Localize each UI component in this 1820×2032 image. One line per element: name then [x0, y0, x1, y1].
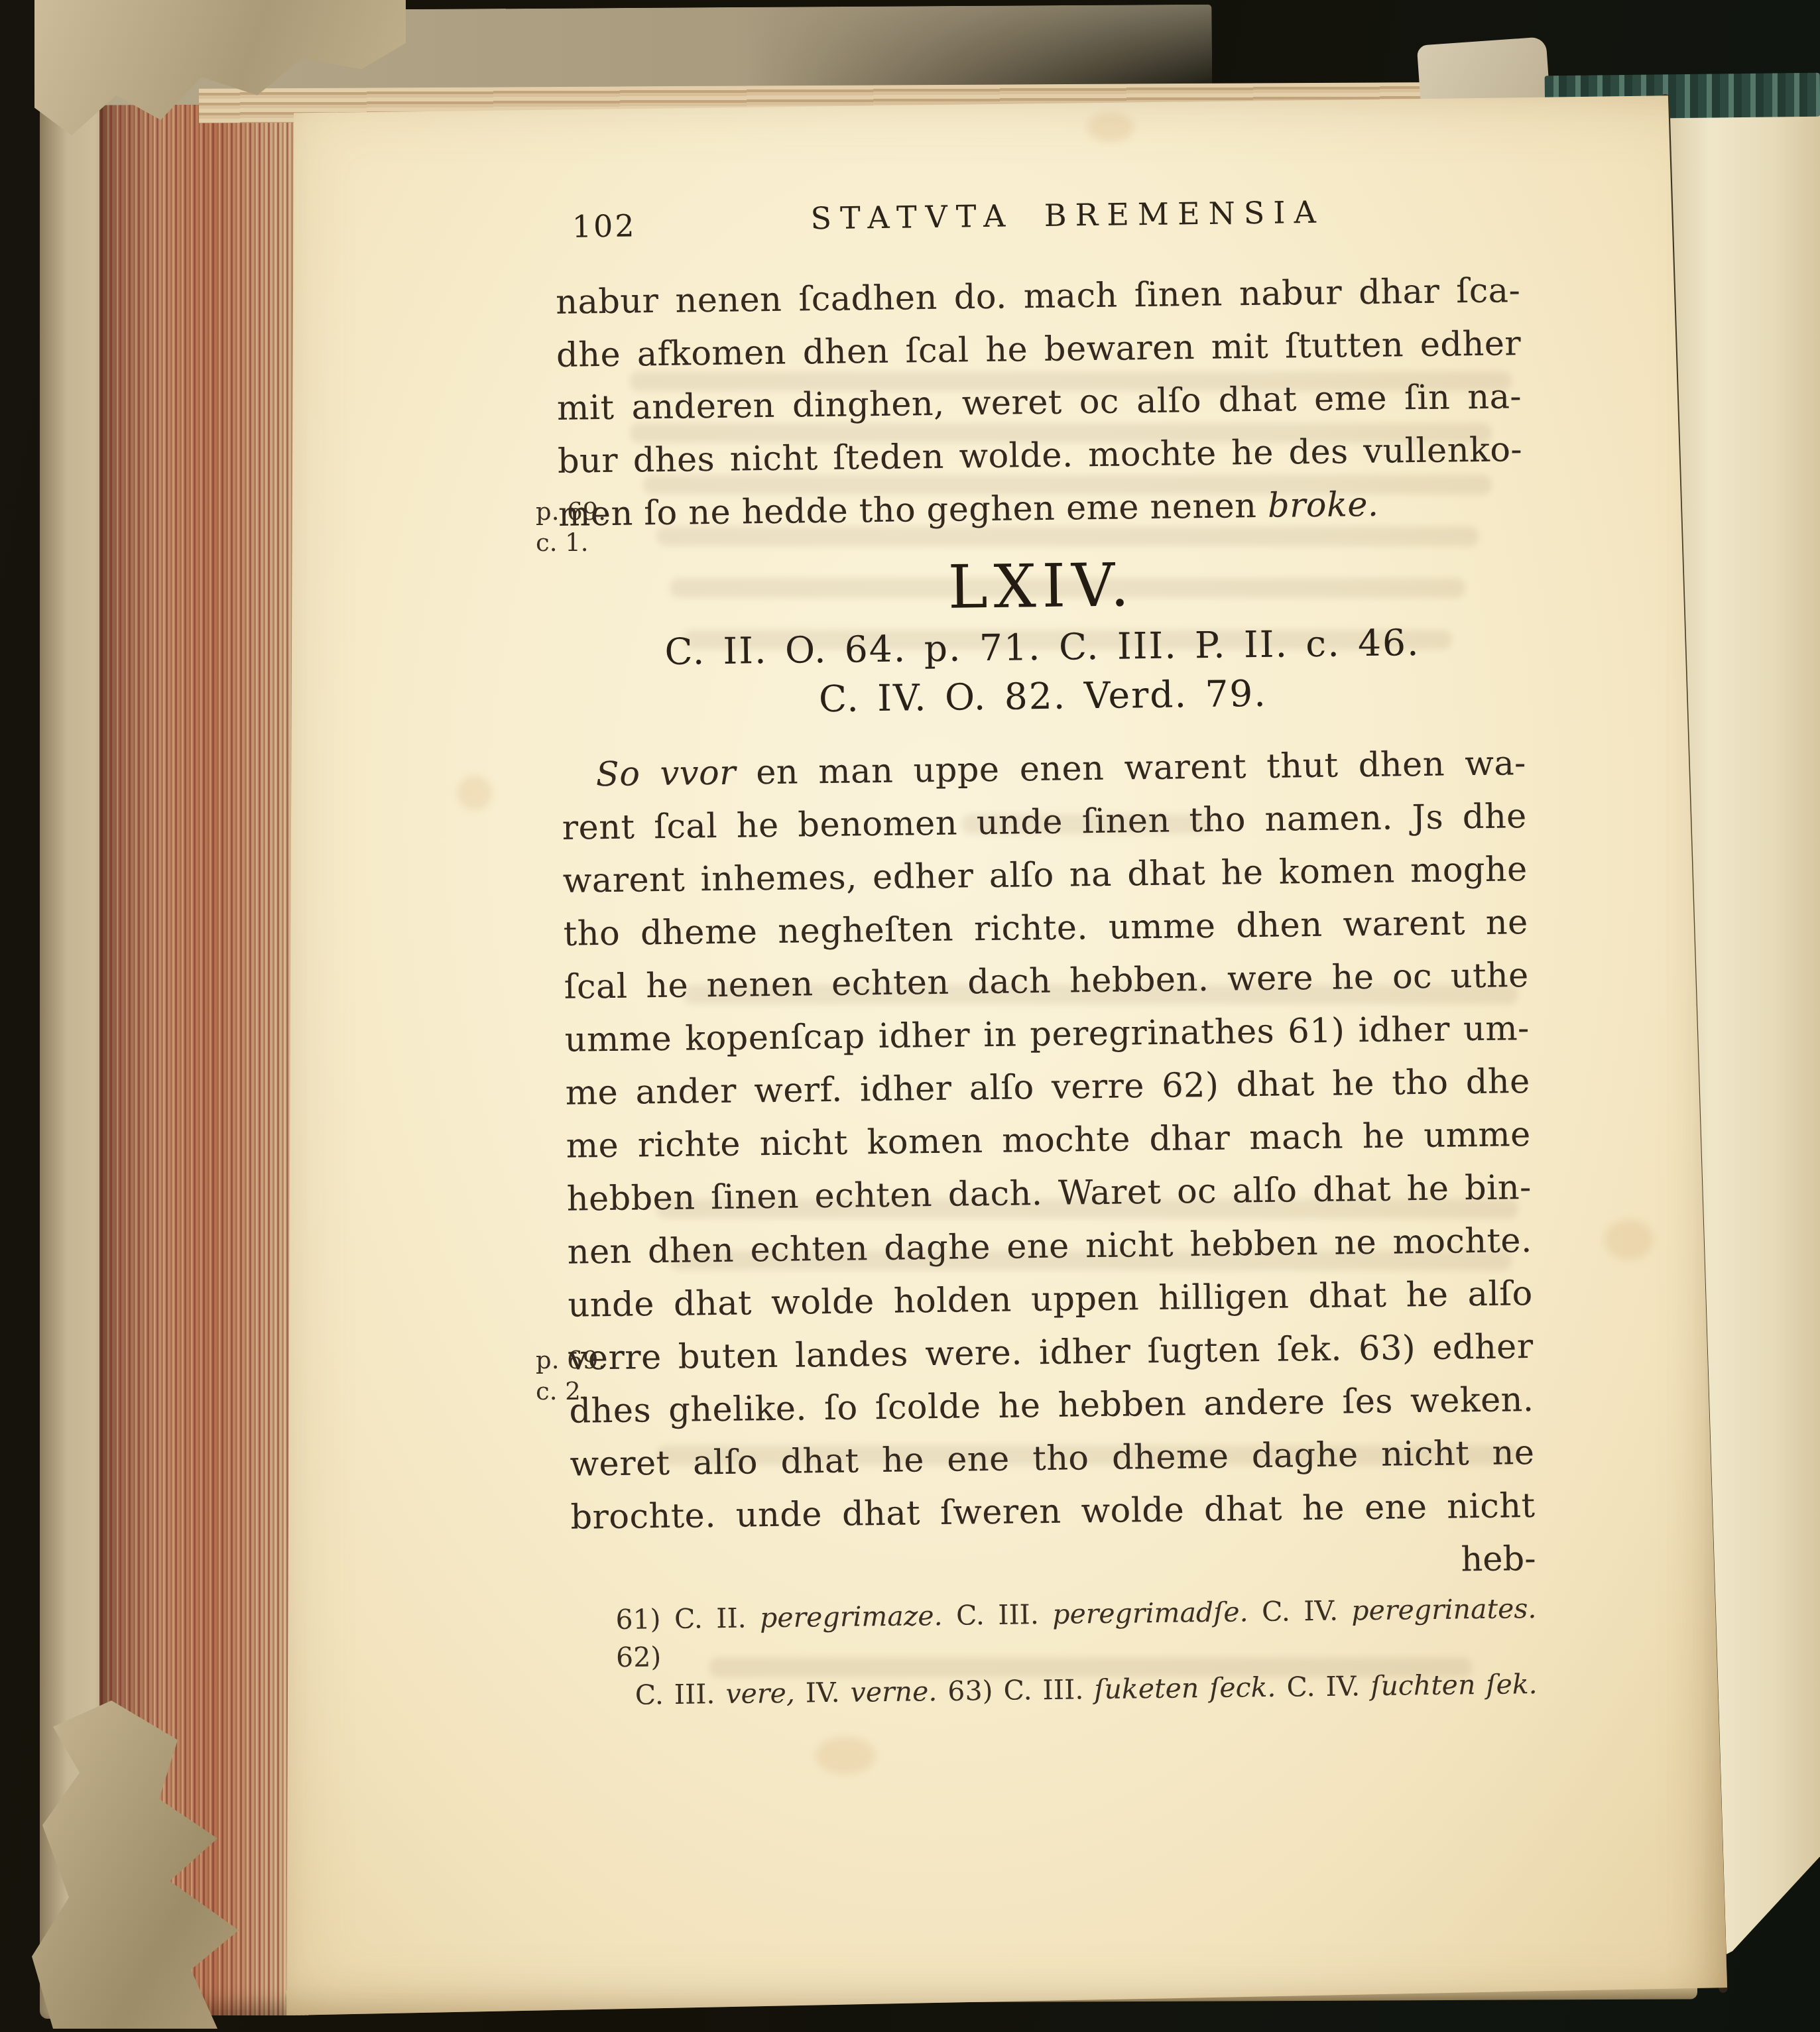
page-stain — [457, 776, 492, 810]
text-line: 61) C. II. peregrimaze. C. III. peregrim… — [615, 1590, 1537, 1677]
text-line: men ſo ne hedde tho geghen eme nenen bro… — [558, 477, 1524, 542]
book-page: p. 69.c. 1. p. 69.c. 2. 102 STATVTA BREM… — [285, 93, 1727, 2015]
page-stain — [1605, 1220, 1654, 1260]
paragraph-2: So vvor en man uppe enen warent thut dhe… — [561, 737, 1536, 1545]
page-stain — [816, 1737, 875, 1774]
running-head: 102 STATVTA BREMENSIA — [554, 192, 1520, 250]
text-column: 102 STATVTA BREMENSIA nabur nenen ſcadhe… — [554, 192, 1538, 1715]
paragraph-1: nabur nenen ſcadhen do. mach ſinen nabur… — [556, 265, 1524, 542]
citation-block: C. II. O. 64. p. 71. C. III. P. II. c. 4… — [560, 617, 1526, 727]
footnotes: 61) C. II. peregrimaze. C. III. peregrim… — [572, 1590, 1538, 1715]
page-number: 102 — [572, 208, 636, 244]
page-stain — [1087, 113, 1134, 142]
book-scan-scene: p. 69.c. 1. p. 69.c. 2. 102 STATVTA BREM… — [0, 0, 1820, 2032]
running-title: STATVTA BREMENSIA — [554, 192, 1520, 239]
section-heading: LXIV. — [559, 546, 1524, 627]
